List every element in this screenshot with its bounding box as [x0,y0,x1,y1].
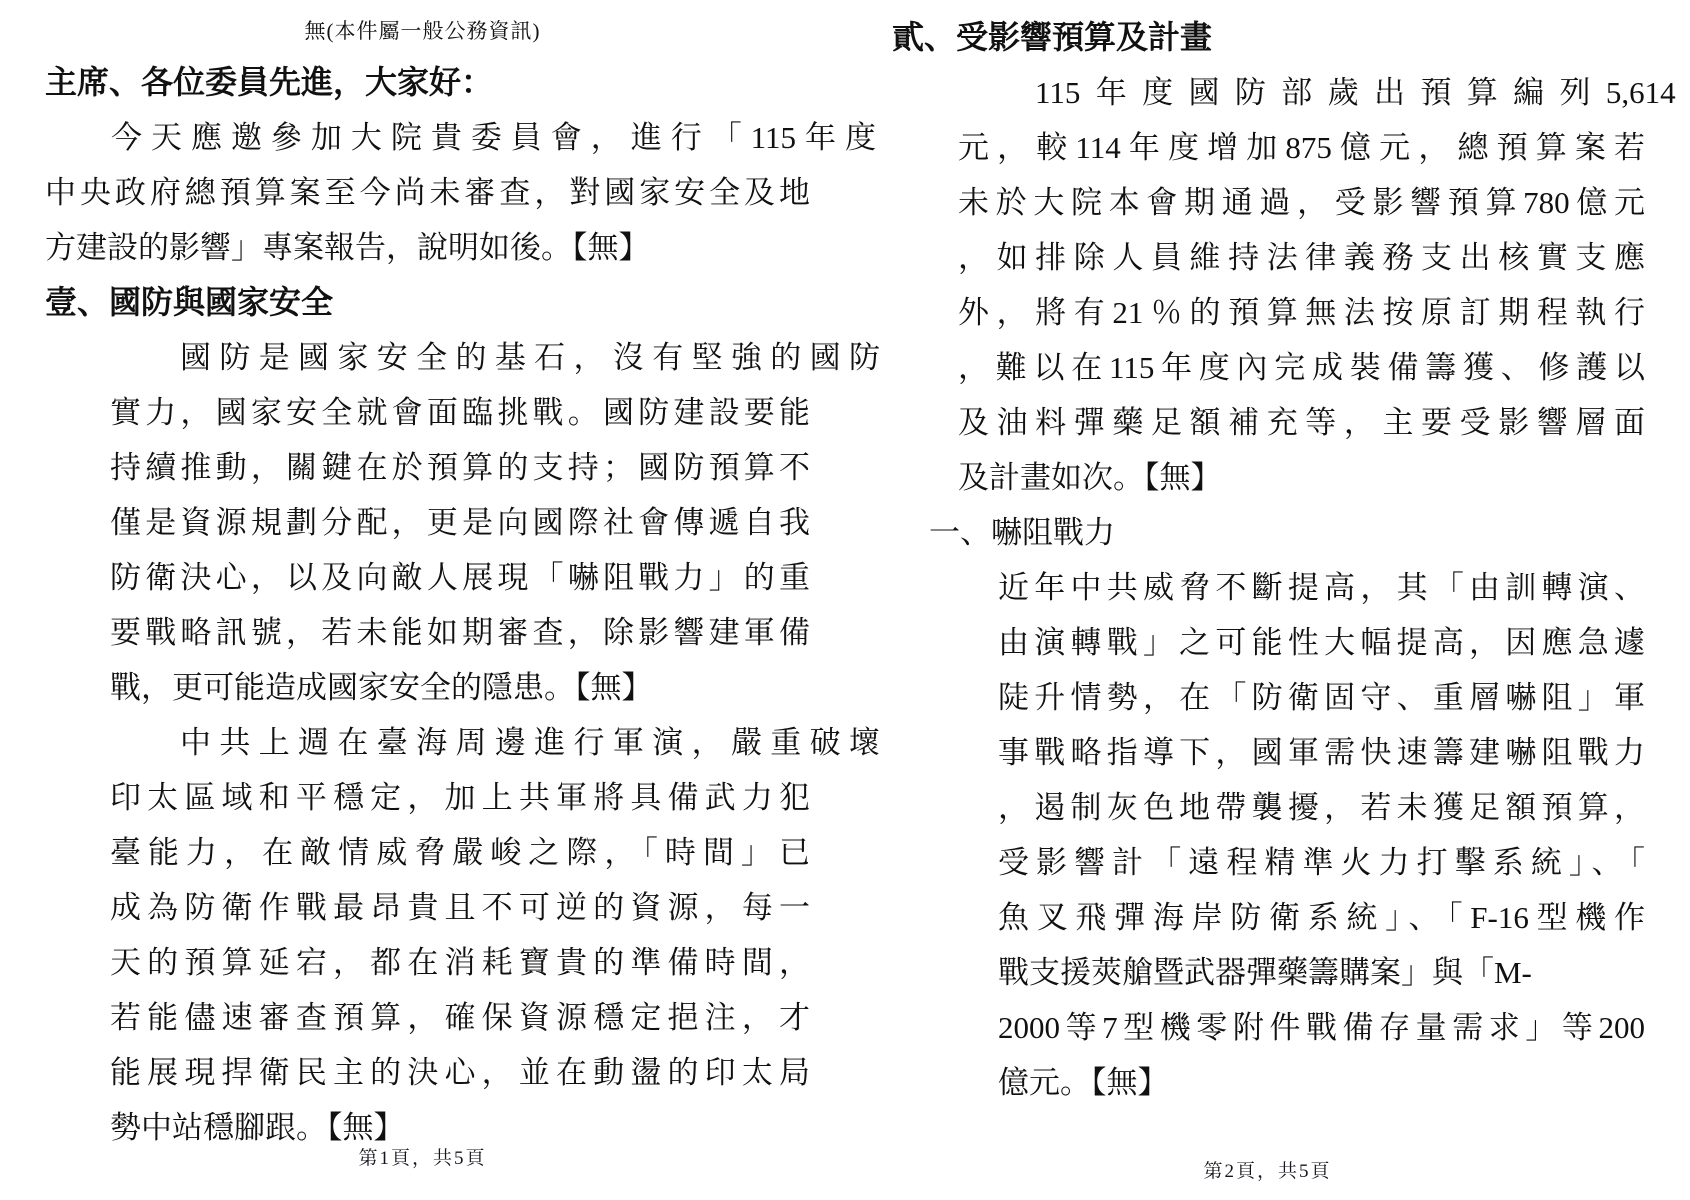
text-line: 臺能力，在敵情威脅嚴峻之際，「時間」已 [110,825,810,880]
text-line: 實力，國家安全就會面臨挑戰。國防建設要能 [110,385,810,440]
text-line: 2000等7型機零附件戰備存量需求」等200 [998,1000,1645,1055]
text-line: 及油料彈藥足額補充等，主要受影響層面 [958,395,1645,450]
text-line: ，如排除人員維持法律義務支出核實支應 [958,230,1645,285]
text-line: 外，將有21％的預算無法按原訂期程執行 [958,285,1645,340]
text-line: 若能儘速審查預算，確保資源穩定挹注，才 [110,990,810,1045]
text-line: ，遏制灰色地帶襲擾，若未獲足額預算， [998,780,1645,835]
text-line: 中央政府總預算案至今尚未審查，對國家安全及地 [45,165,810,220]
page-2-footer: 第2頁，共5頁 [845,1156,1690,1183]
text-line: 億元。【無】 [998,1055,1645,1110]
text-line: 中共上週在臺海周邊進行軍演，嚴重破壞 [110,715,880,770]
text-line: 印太區域和平穩定，加上共軍將具備武力犯 [110,770,810,825]
text-line: 戰支援莢艙暨武器彈藥籌購案」與「M- [998,945,1645,1000]
section-1-heading: 壹、國防與國家安全 [45,275,810,330]
text-line: 元，較114年度增加875億元，總預算案若 [958,120,1645,175]
text-line: 近年中共威脅不斷提高，其「由訓轉演、 [998,560,1645,615]
text-line: 今天應邀參加大院貴委員會，進行「115年度 [45,110,876,165]
text-line: 陡升情勢，在「防衛固守、重層嚇阻」軍 [998,670,1645,725]
page-1: 無(本件屬一般公務資訊) 主席、各位委員先進，大家好： 今天應邀參加大院貴委員會… [0,0,845,1200]
text-line: 成為防衛作戰最昂貴且不可逆的資源，每一 [110,880,810,935]
text-line: ，難以在115年度內完成裝備籌獲、修護以 [958,340,1645,395]
text-line: 持續推動，關鍵在於預算的支持；國防預算不 [110,440,810,495]
greeting-heading: 主席、各位委員先進，大家好： [45,55,810,110]
text-line: 方建設的影響」專案報告，說明如後。【無】 [45,220,810,275]
document-canvas: 無(本件屬一般公務資訊) 主席、各位委員先進，大家好： 今天應邀參加大院貴委員會… [0,0,1690,1200]
text-line: 事戰略指導下，國軍需快速籌建嚇阻戰力 [998,725,1645,780]
text-line: 戰，更可能造成國家安全的隱患。【無】 [110,660,810,715]
text-line: 要戰略訊號，若未能如期審查，除影響建軍備 [110,605,810,660]
page-1-footer: 第1頁，共5頁 [0,1143,845,1170]
text-line: 由演轉戰」之可能性大幅提高，因應急遽 [998,615,1645,670]
classification-header: 無(本件屬一般公務資訊) [0,16,845,55]
text-line: 魚叉飛彈海岸防衛系統」、「F-16型機作 [998,890,1645,945]
text-line: 能展現捍衛民主的決心，並在動盪的印太局 [110,1045,810,1100]
page-2: 貳、受影響預算及計畫 115年度國防部歲出預算編列5,614億 元，較114年度… [845,0,1690,1200]
text-line: 及計畫如次。【無】 [958,450,1645,505]
section-2-heading: 貳、受影響預算及計畫 [892,10,1662,65]
text-line: 未於大院本會期通過，受影響預算780億元 [958,175,1645,230]
text-line: 受影響計「遠程精準火力打擊系統」、「 [998,835,1645,890]
text-line: 僅是資源規劃分配，更是向國際社會傳遞自我 [110,495,810,550]
text-line: 國防是國家安全的基石，沒有堅強的國防 [110,330,880,385]
text-line: 115年度國防部歲出預算編列5,614億 [958,65,1690,120]
text-line: 防衛決心，以及向敵人展現「嚇阻戰力」的重 [110,550,810,605]
item-1-heading: 一、嚇阻戰力 [929,505,1662,560]
text-line: 天的預算延宕，都在消耗寶貴的準備時間， [110,935,810,990]
